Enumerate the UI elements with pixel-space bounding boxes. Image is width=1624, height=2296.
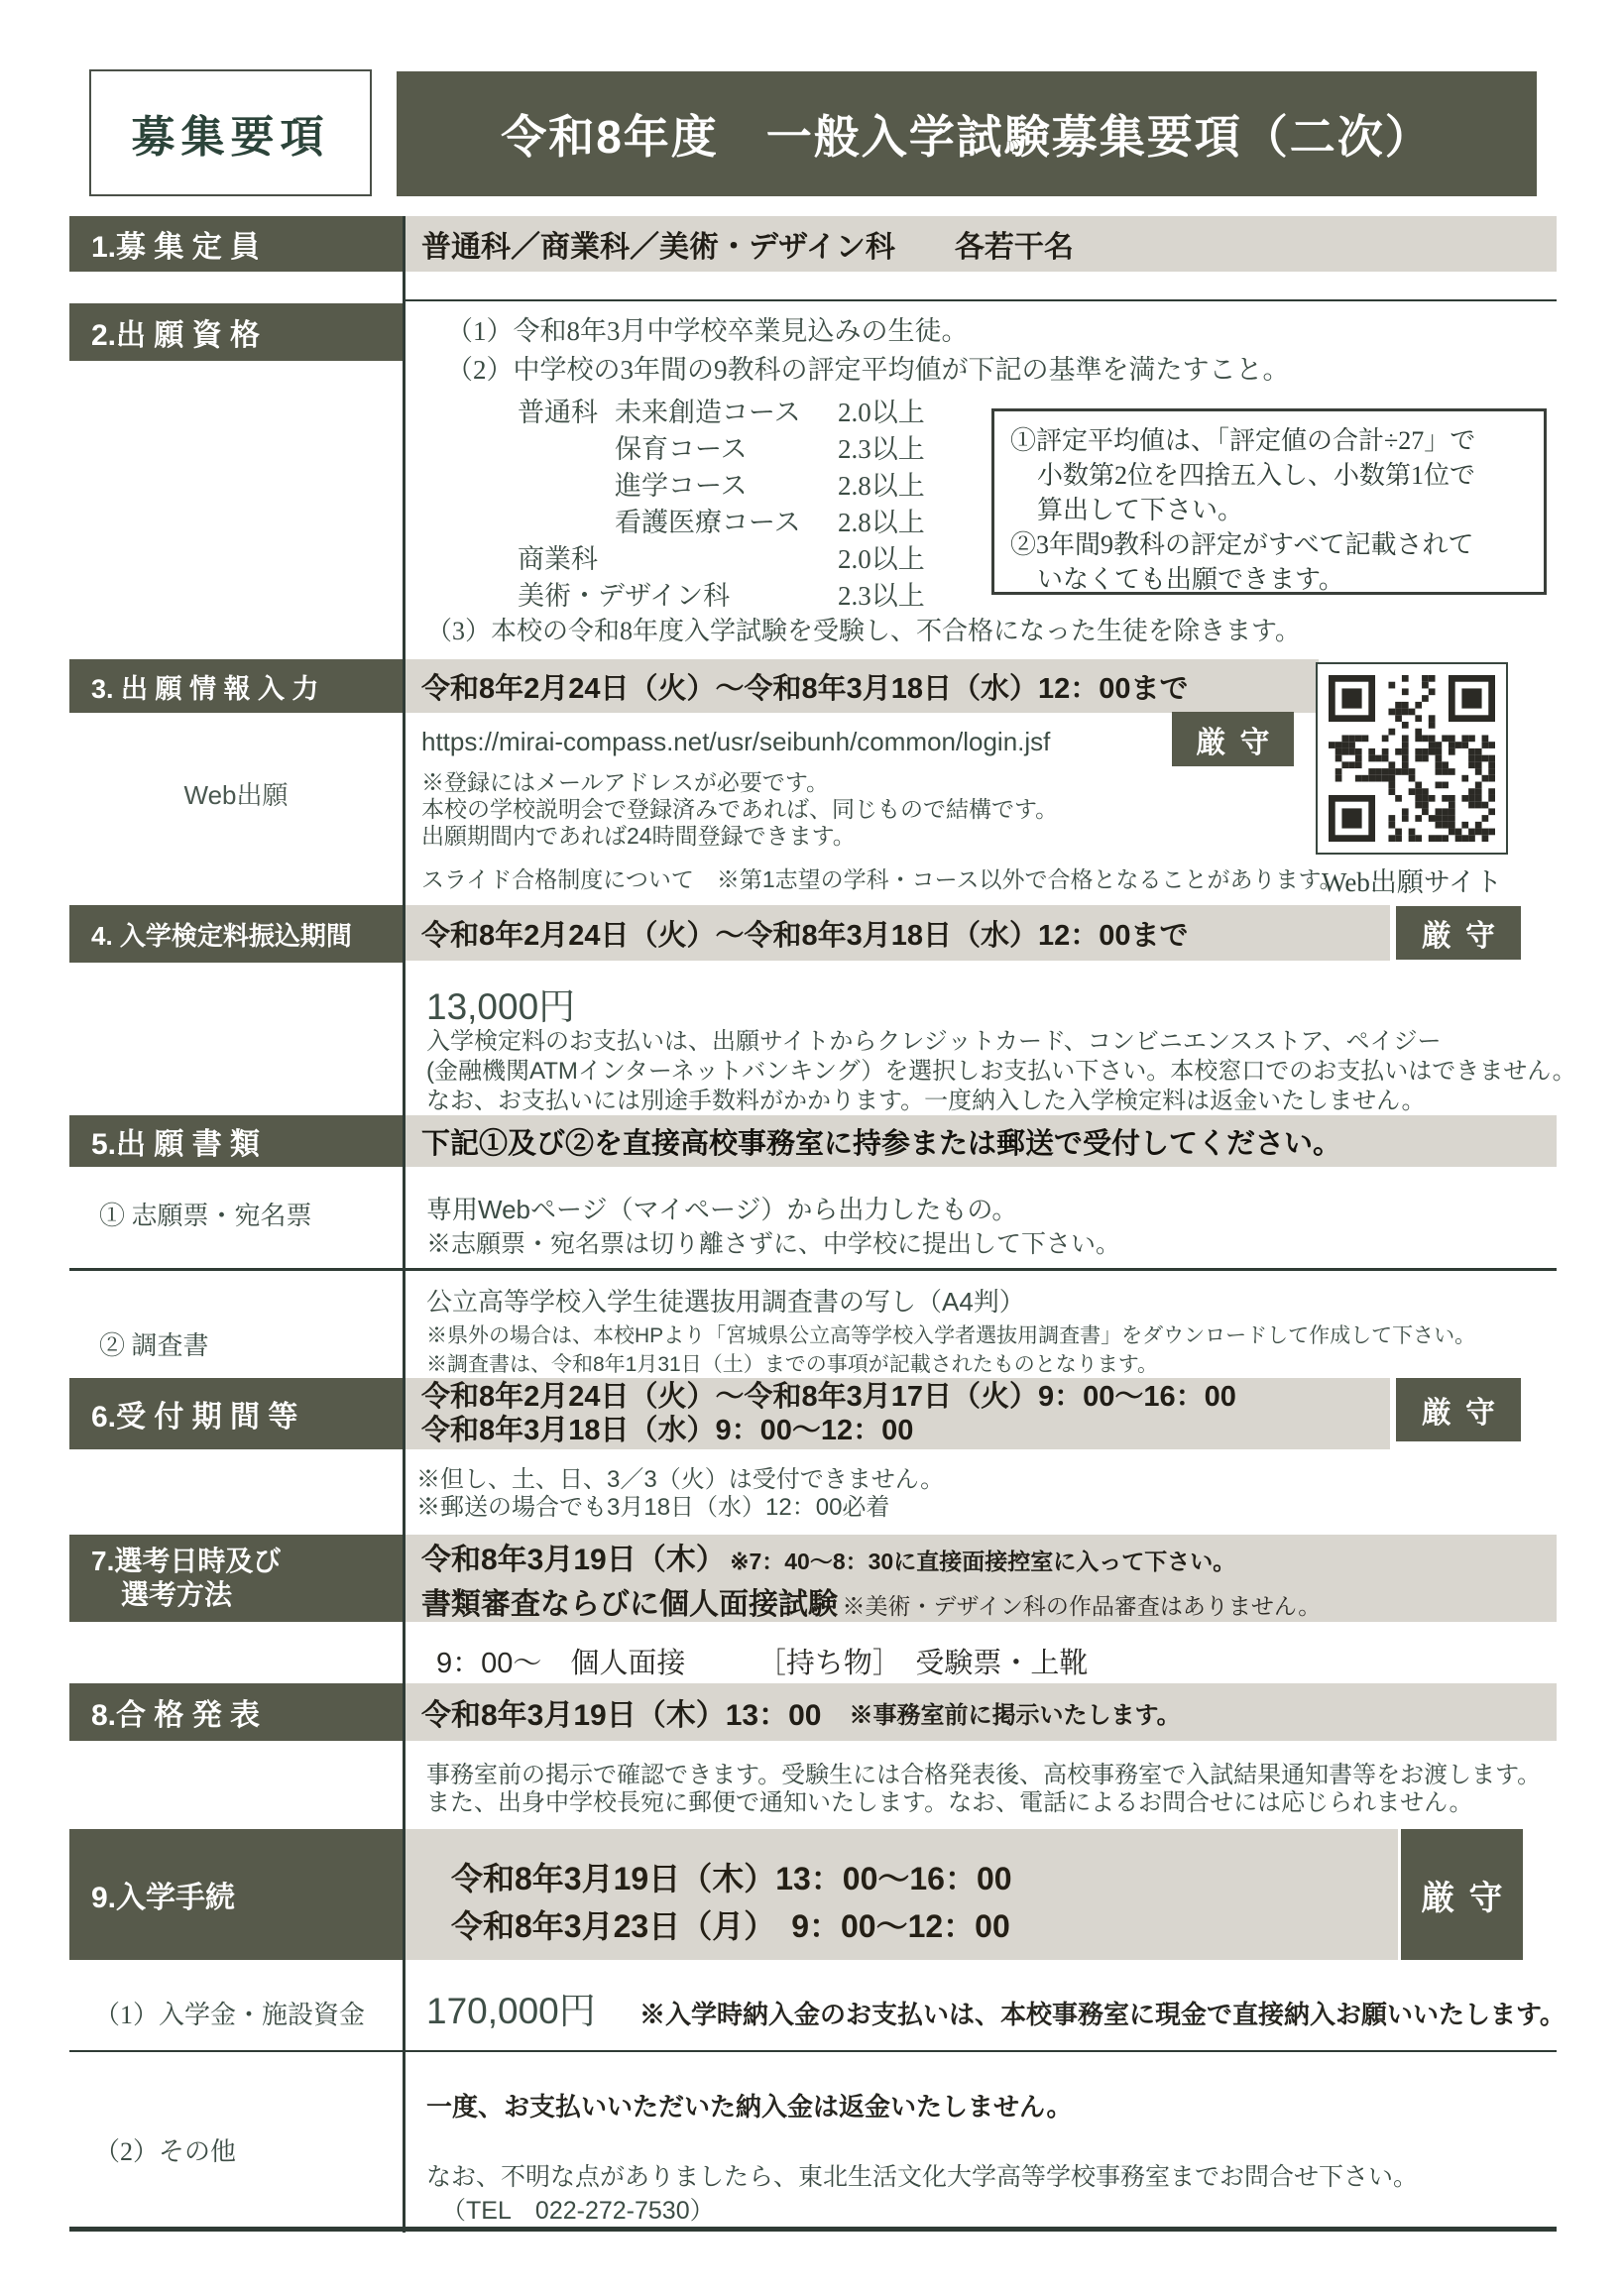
section-3-period: 令和8年2月24日（火）～令和8年3月18日（水）12：00まで [406,659,1319,713]
course-name: 未来創造コース [615,391,801,429]
enroll-fee: 170,000円 [426,1981,596,2034]
reception-note: ※郵送の場合でも3月18日（水）12：00必着 [416,1487,889,1522]
section-7-label-line2: 選考方法 [91,1578,403,1612]
bottom-rule [69,2227,1557,2232]
other-label: （2）その他 [94,2131,236,2168]
grade-note-box: ①評定平均値は、「評定値の合計÷27」で 小数第2位を四捨五入し、小数第1位で … [991,408,1547,595]
section-1-label: 1.募 集 定 員 [69,216,403,272]
exam-method-note: ※美術・デザイン科の作品審査はありません。 [842,1593,1321,1619]
fee-note: なお、お支払いには別途手数料がかかります。一度納入した入学検定料は返金いたしませ… [426,1081,1426,1115]
qr-code-svg [1329,675,1495,842]
section-5-header: 下記①及び②を直接高校事務室に持参または郵送で受付してください。 [406,1115,1557,1167]
contact-note: なお、不明な点がありましたら、東北生活文化大学高等学校事務室までお問合せ下さい。 [426,2157,1418,2193]
enroll-period-2: 令和8年3月23日（月） 9：00～12：00 [421,1902,1398,1950]
section-6-periods: 令和8年2月24日（火）～令和8年3月17日（火）9：00～16：00 令和8年… [406,1378,1390,1449]
slide-pass-note: スライド合格制度について ※第1志望の学科・コース以外で合格となることがあります… [421,861,1342,894]
course-value: 2.0以上 [838,537,925,576]
section-8-banner: 令和8年3月19日（木）13：00 ※事務室前に掲示いたします。 [406,1683,1557,1741]
section-5-label: 5.出 願 書 類 [69,1115,403,1167]
reception-period-1: 令和8年2月24日（火）～令和8年3月17日（火）9：00～16：00 [421,1380,1390,1414]
interview-detail: 9：00～ 個人面接 ［持ち物］ 受験票・上靴 [436,1641,1088,1681]
section-9-periods: 令和8年3月19日（木）13：00～16：00 令和8年3月23日（月） 9：0… [406,1829,1398,1960]
item-divider-rule [69,2050,1557,2052]
section-4-period: 令和8年2月24日（火）～令和8年3月18日（水）12：00まで [406,905,1390,961]
course-value: 2.3以上 [838,574,925,613]
course-dept: 普通科 [518,391,598,429]
section-6-label: 6.受 付 期 間 等 [69,1378,403,1449]
qr-caption: Web出願サイト [1306,861,1518,899]
eligibility-item-1: （1）令和8年3月中学校卒業見込みの生徒。 [446,309,969,348]
course-value: 2.3以上 [838,427,925,466]
doc-item-2-title: 公立高等学校入学生徒選抜用調査書の写し（A4判） [426,1282,1025,1319]
course-value: 2.8以上 [838,464,925,503]
note-line: ②3年間9教科の評定がすべて記載されて [1010,527,1528,562]
strict-badge: 厳守 [1396,906,1521,960]
note-line: いなくても出願できます。 [1010,562,1528,597]
course-name: 保育コース [615,427,748,466]
doc-title: 令和8年度 一般入学試験募集要項（二次） [397,71,1537,196]
section-9-label: 9.入学手続 [69,1829,403,1960]
result-note: また、出身中学校長宛に郵便で通知いたします。なお、電話によるお問合せには応じられ… [426,1782,1473,1817]
no-refund-note: 一度、お支払いいただいた納入金は返金いたしません。 [426,2087,1073,2124]
course-dept: 商業科 [518,537,598,576]
course-value: 2.0以上 [838,391,925,429]
course-name: 看護医療コース [615,501,801,539]
section-8-label: 8.合 格 発 表 [69,1683,403,1741]
exam-date-note: ※7：40～8：30に直接面接控室に入って下さい。 [730,1549,1235,1574]
note-line: 算出して下さい。 [1010,493,1528,527]
reception-period-2: 令和8年3月18日（水）9：00～12：00 [421,1414,1390,1447]
doc-item-1-line: 専用Webページ（マイページ）から出力したもの。 [426,1190,1017,1226]
section-3-label: 3. 出 願 情 報 入 力 [69,659,403,713]
section-2-top-rule [403,299,1557,301]
eligibility-item-3: （3）本校の令和8年度入学試験を受験し、不合格になった生徒を除きます。 [426,611,1301,647]
admission-guide-page: 募集要項 令和8年度 一般入学試験募集要項（二次） 1.募 集 定 員 普通科／… [0,0,1624,2296]
doc-item-2-label: ② 調査書 [99,1325,209,1362]
application-url-link[interactable]: https://mirai-compass.net/usr/seibunh/co… [421,727,1050,757]
section-7-label-line1: 7.選考日時及び [91,1545,403,1578]
section-7-banner: 令和8年3月19日（木） ※7：40～8：30に直接面接控室に入って下さい。 書… [406,1535,1557,1622]
qr-code [1316,662,1508,855]
strict-badge: 厳守 [1401,1829,1523,1960]
section-7-label: 7.選考日時及び 選考方法 [69,1535,403,1622]
item-divider-rule [69,1268,1557,1271]
eligibility-item-2: （2）中学校の3年間の9教科の評定平均値が下記の基準を満たすこと。 [446,348,1290,387]
note-line: 小数第2位を四捨五入し、小数第1位で [1010,458,1528,493]
enroll-fee-label: （1）入学金・施設資金 [94,1995,365,2031]
doc-item-1-line: ※志願票・宛名票は切り離さずに、中学校に提出して下さい。 [426,1224,1120,1260]
strict-badge: 厳守 [1172,712,1294,766]
course-value: 2.8以上 [838,501,925,539]
web-note: 出願期間内であれば24時間登録できます。 [421,818,856,851]
exam-date: 令和8年3月19日（木） [421,1544,726,1576]
doc-tag: 募集要項 [89,69,372,196]
course-dept: 美術・デザイン科 [518,574,730,613]
exam-method: 書類審査ならびに個人面接試験 [421,1588,838,1621]
strict-badge: 厳守 [1396,1378,1521,1441]
enroll-fee-note: ※入学時納入金のお支払いは、本校事務室に現金で直接納入お願いいたします。 [639,1995,1566,2031]
contact-tel: （TEL 022-272-7530） [441,2191,715,2227]
enroll-period-1: 令和8年3月19日（木）13：00～16：00 [421,1855,1398,1902]
result-datetime: 令和8年3月19日（木）13：00 [421,1690,821,1734]
web-apply-sublabel: Web出願 [69,775,403,812]
doc-item-2-note: ※県外の場合は、本校HPより「宮城県公立高等学校入学者選抜用調査書」をダウンロー… [426,1320,1475,1349]
note-line: ①評定平均値は、「評定値の合計÷27」で [1010,423,1528,458]
course-name: 進学コース [615,464,748,503]
doc-item-2-note: ※調査書は、令和8年1月31日（土）までの事項が記載されたものとなります。 [426,1348,1158,1378]
section-1-value: 普通科／商業科／美術・デザイン科 各若干名 [406,216,1557,272]
section-4-label: 4. 入学検定料振込期間 [69,905,403,963]
doc-item-1-label: ① 志願票・宛名票 [99,1196,312,1232]
section-2-label: 2.出 願 資 格 [69,303,403,361]
result-datetime-note: ※事務室前に掲示いたします。 [849,1695,1180,1730]
